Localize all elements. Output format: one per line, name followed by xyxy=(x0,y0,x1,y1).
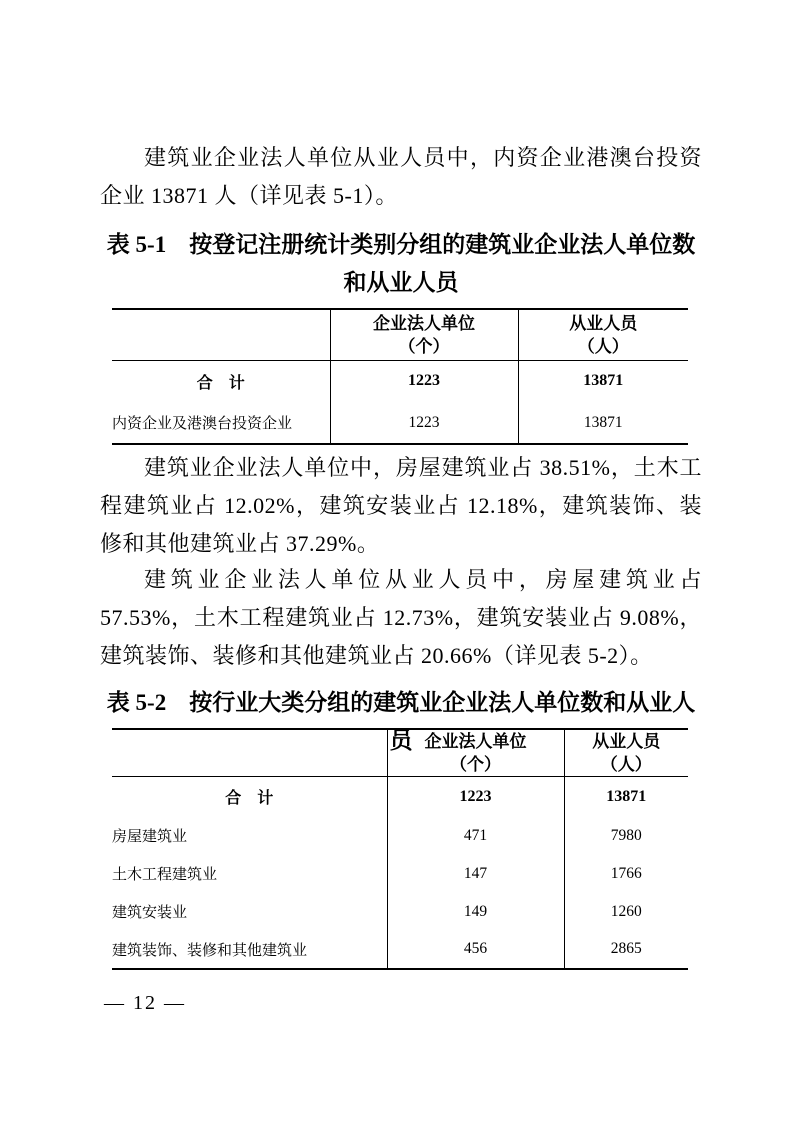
row-units-value: 471 xyxy=(387,817,564,855)
row-label: 土木工程建筑业 xyxy=(112,855,387,893)
table-5-1-header-employees-line1: 从业人员 xyxy=(519,312,689,335)
row-label: 建筑安装业 xyxy=(112,893,387,931)
table-5-1-header-employees: 从业人员 （人） xyxy=(518,309,688,360)
row-employees-value: 13871 xyxy=(518,360,688,402)
table-5-1-header-row: 企业法人单位 （个） 从业人员 （人） xyxy=(112,309,688,360)
table-5-1-header-units: 企业法人单位 （个） xyxy=(330,309,518,360)
table-5-2: 企业法人单位 （个） 从业人员 （人） 合 计 1223 13871 房屋建筑业… xyxy=(112,728,688,970)
page-number: — 12 — xyxy=(104,992,186,1015)
row-employees-value: 13871 xyxy=(518,402,688,444)
table-5-2-header-units: 企业法人单位 （个） xyxy=(387,729,564,777)
table-5-1-title-line1: 表 5-1 按登记注册统计类别分组的建筑业企业法人单位数 xyxy=(100,226,702,264)
table-row: 内资企业及港澳台投资企业 1223 13871 xyxy=(112,402,688,444)
table-5-2-header-category xyxy=(112,729,387,777)
table-row: 建筑装饰、装修和其他建筑业 456 2865 xyxy=(112,931,688,969)
row-employees-value: 7980 xyxy=(564,817,688,855)
table-5-1-header-employees-line2: （人） xyxy=(519,335,689,358)
intro-paragraph: 建筑业企业法人单位从业人员中，内资企业港澳台投资企业 13871 人（详见表 5… xyxy=(100,139,702,215)
table-5-2-header-units-line1: 企业法人单位 xyxy=(388,730,564,753)
table-5-1-title-line2: 和从业人员 xyxy=(100,264,702,302)
table-row: 土木工程建筑业 147 1766 xyxy=(112,855,688,893)
row-label: 合 计 xyxy=(112,360,330,402)
table-row: 房屋建筑业 471 7980 xyxy=(112,817,688,855)
row-units-value: 1223 xyxy=(330,402,518,444)
table-5-1: 企业法人单位 （个） 从业人员 （人） 合 计 1223 13871 内资企业及… xyxy=(112,308,688,445)
row-units-value: 149 xyxy=(387,893,564,931)
row-employees-value: 13871 xyxy=(564,777,688,817)
row-units-value: 1223 xyxy=(330,360,518,402)
table-5-2-header-employees-line2: （人） xyxy=(565,753,689,776)
row-label: 房屋建筑业 xyxy=(112,817,387,855)
row-employees-value: 1260 xyxy=(564,893,688,931)
document-page: 建筑业企业法人单位从业人员中，内资企业港澳台投资企业 13871 人（详见表 5… xyxy=(0,0,793,1122)
table-5-1-header-units-line2: （个） xyxy=(331,335,518,358)
row-units-value: 147 xyxy=(387,855,564,893)
table-5-2-header-row: 企业法人单位 （个） 从业人员 （人） xyxy=(112,729,688,777)
table-5-2-header-employees: 从业人员 （人） xyxy=(564,729,688,777)
row-label: 合 计 xyxy=(112,777,387,817)
row-label: 内资企业及港澳台投资企业 xyxy=(112,402,330,444)
table-5-2-header-employees-line1: 从业人员 xyxy=(565,730,689,753)
row-units-value: 1223 xyxy=(387,777,564,817)
table-row: 合 计 1223 13871 xyxy=(112,777,688,817)
units-share-paragraph: 建筑业企业法人单位中，房屋建筑业占 38.51%，土木工程建筑业占 12.02%… xyxy=(100,449,702,563)
table-5-1-header-category xyxy=(112,309,330,360)
row-employees-value: 1766 xyxy=(564,855,688,893)
table-5-2-header-units-line2: （个） xyxy=(388,753,564,776)
table-row: 合 计 1223 13871 xyxy=(112,360,688,402)
row-label: 建筑装饰、装修和其他建筑业 xyxy=(112,931,387,969)
table-row: 建筑安装业 149 1260 xyxy=(112,893,688,931)
row-units-value: 456 xyxy=(387,931,564,969)
table-5-1-title: 表 5-1 按登记注册统计类别分组的建筑业企业法人单位数 和从业人员 xyxy=(100,226,702,302)
row-employees-value: 2865 xyxy=(564,931,688,969)
table-5-1-header-units-line1: 企业法人单位 xyxy=(331,312,518,335)
employees-share-paragraph: 建筑业企业法人单位从业人员中，房屋建筑业占 57.53%，土木工程建筑业占 12… xyxy=(100,561,702,675)
